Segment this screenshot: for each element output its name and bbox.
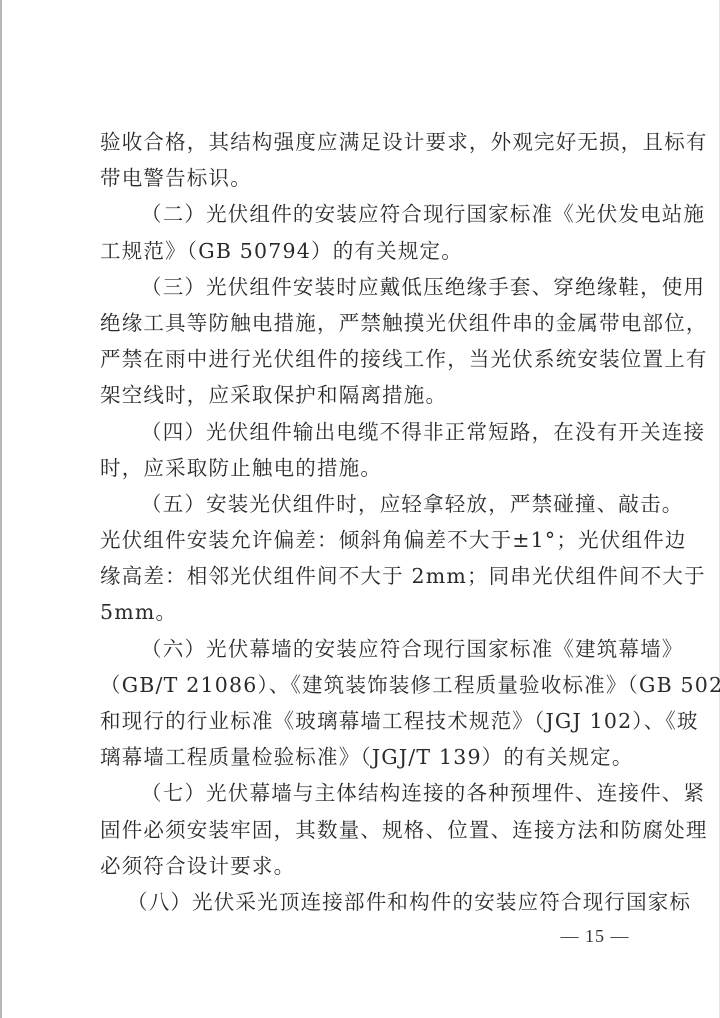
text-line: 光伏组件安装允许偏差：倾斜角偏差不大于±1°；光伏组件边 [100, 522, 630, 558]
text-line: 5mm。 [100, 594, 630, 630]
paragraph-2-start: （二）光伏组件的安装应符合现行国家标准《光伏发电站施 [100, 196, 630, 232]
paragraph-5-start: （五）安装光伏组件时，应轻拿轻放，严禁碰撞、敲击。 [100, 486, 630, 522]
paragraph-6-start: （六）光伏幕墙的安装应符合现行国家标准《建筑幕墙》 [100, 631, 630, 667]
paragraph-7-start: （七）光伏幕墙与主体结构连接的各种预埋件、连接件、紧 [100, 775, 630, 811]
text-line: 固件必须安装牢固，其数量、规格、位置、连接方法和防腐处理 [100, 812, 630, 848]
paragraph-3-start: （三）光伏组件安装时应戴低压绝缘手套、穿绝缘鞋，使用 [100, 269, 630, 305]
text-line: 架空线时，应采取保护和隔离措施。 [100, 377, 630, 413]
text-line: 验收合格，其结构强度应满足设计要求，外观完好无损，且标有 [100, 124, 630, 160]
text-line: 严禁在雨中进行光伏组件的接线工作，当光伏系统安装位置上有 [100, 341, 630, 377]
scan-edge-left [0, 0, 2, 1018]
text-line: 工规范》（GB 50794）的有关规定。 [100, 233, 630, 269]
text-line: 必须符合设计要求。 [100, 848, 630, 884]
paragraph-4-start: （四）光伏组件输出电缆不得非正常短路，在没有开关连接 [100, 414, 630, 450]
text-line: （GB/T 21086）、《建筑装饰装修工程质量验收标准》（GB 50210） [100, 667, 630, 703]
text-line: 带电警告标识。 [100, 160, 630, 196]
text-line: 璃幕墙工程质量检验标准》（JGJ/T 139）的有关规定。 [100, 739, 630, 775]
document-body: 验收合格，其结构强度应满足设计要求，外观完好无损，且标有 带电警告标识。 （二）… [100, 124, 630, 920]
text-line: 和现行的行业标准《玻璃幕墙工程技术规范》（JGJ 102）、《玻 [100, 703, 630, 739]
text-line: 缘高差：相邻光伏组件间不大于 2mm；同串光伏组件间不大于 [100, 558, 630, 594]
page-number: — 15 — [560, 926, 630, 947]
text-line: 绝缘工具等防触电措施，严禁触摸光伏组件串的金属带电部位， [100, 305, 630, 341]
text-line: 时，应采取防止触电的措施。 [100, 450, 630, 486]
paragraph-8-start: （八）光伏采光顶连接部件和构件的安装应符合现行国家标 [100, 884, 630, 920]
